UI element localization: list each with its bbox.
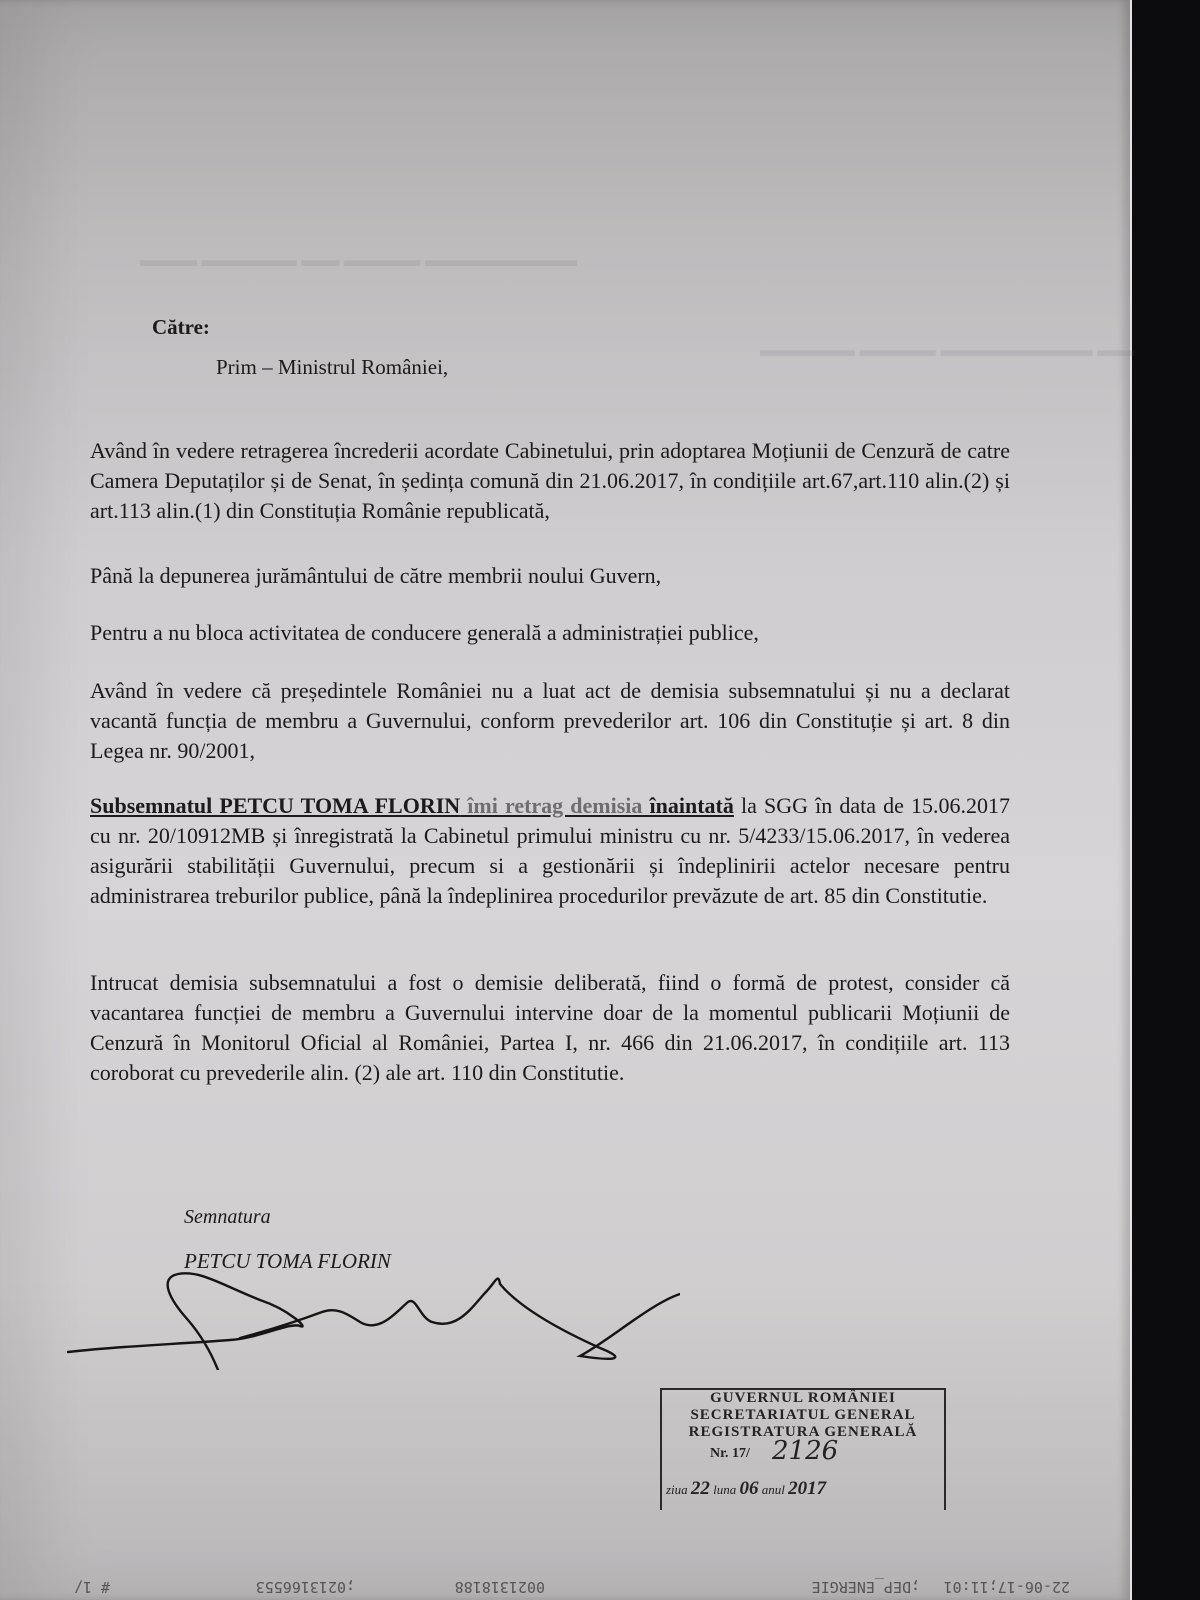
bleed-through-text: ▬▬▬▬▬ ▬▬▬▬ ▬▬▬▬▬▬▬▬ ▬▬ <box>760 340 1135 362</box>
fax-page: # 1/ <box>74 1578 110 1596</box>
withdrawal-statement: Subsemnatul PETCU TOMA FLORIN îmi retrag… <box>90 793 734 818</box>
stamp-nr: Nr. 17/ <box>710 1446 750 1462</box>
handwritten-signature-icon <box>60 1260 680 1370</box>
stamp-line-government: GUVERNUL ROMÂNIEI <box>662 1390 944 1407</box>
stamp-nr-value: 2126 <box>772 1436 838 1466</box>
fax-timestamp: 22-06-17;11:01 <box>944 1578 1070 1596</box>
document-page: ▬▬▬ ▬▬▬▬▬ ▬▬ ▬▬▬▬ ▬▬▬▬▬▬▬▬ ▬▬▬▬▬ ▬▬▬▬ ▬▬… <box>0 0 1132 1600</box>
registry-stamp: GUVERNUL ROMÂNIEI SECRETARIATUL GENERAL … <box>660 1388 946 1510</box>
paragraph-president: Având în vedere că președintele României… <box>90 676 1010 766</box>
recipient-heading: Către: <box>152 312 210 342</box>
paragraph-administration: Pentru a nu bloca activitatea de conduce… <box>90 618 1010 648</box>
paragraph-oath: Până la depunerea jurământului de către … <box>90 561 1010 591</box>
fax-number-2: ;0213166553 <box>256 1578 355 1596</box>
fax-sender: ;DEP_ENERGIE <box>812 1578 920 1596</box>
paragraph-protest: Intrucat demisia subsemnatului a fost o … <box>90 968 1010 1088</box>
stamp-date: ziua 22 luna 06 anul 2017 <box>666 1478 826 1500</box>
stamp-line-secretariat: SECRETARIATUL GENERAL <box>662 1407 944 1424</box>
paragraph-withdrawal: Subsemnatul PETCU TOMA FLORIN îmi retrag… <box>90 791 1010 911</box>
paragraph-motion: Având în vedere retragerea încrederii ac… <box>90 436 1010 526</box>
fax-number-1: 0021318188 <box>455 1578 545 1596</box>
recipient-addressee: Prim – Ministrul României, <box>216 352 448 382</box>
fax-header-line: 22-06-17;11:01 ;DEP_ENERGIE 0021318188 ;… <box>20 1574 1100 1596</box>
bleed-through-text: ▬▬▬ ▬▬▬▬▬ ▬▬ ▬▬▬▬ ▬▬▬▬▬▬▬▬ <box>140 250 577 272</box>
signature-label: Semnatura <box>184 1202 271 1232</box>
